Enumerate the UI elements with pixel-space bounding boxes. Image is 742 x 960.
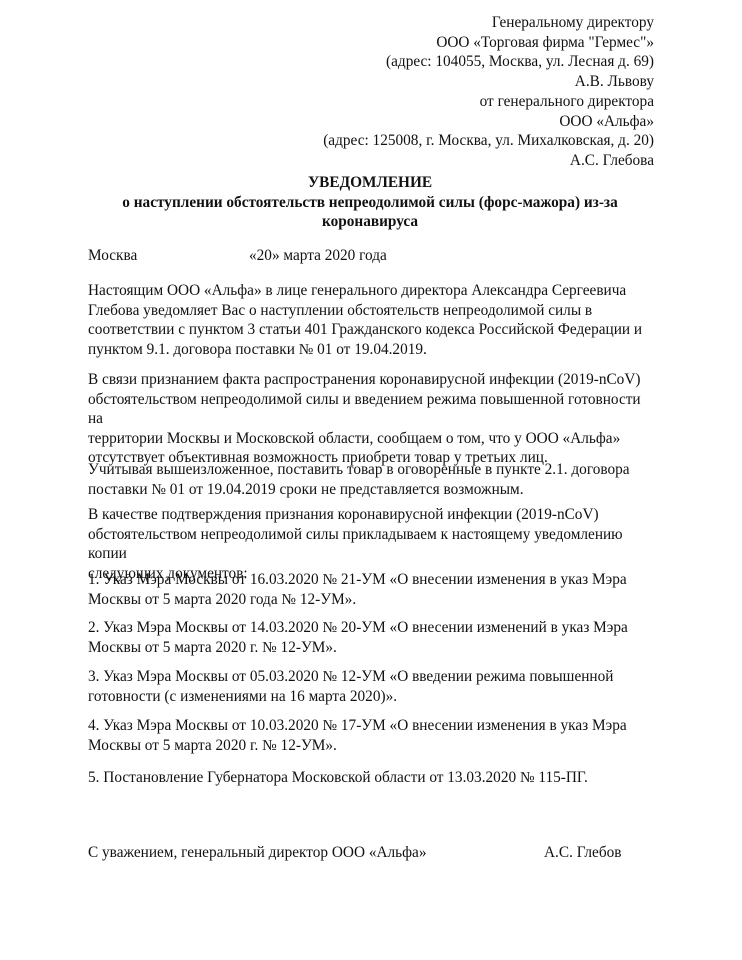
- sender-line: ООО «Альфа»: [323, 112, 654, 132]
- addressee-line: (адрес: 104055, Москва, ул. Лесная д. 69…: [323, 52, 654, 72]
- signature-closing: С уважением, генеральный директор ООО «А…: [88, 844, 427, 861]
- place-and-date: Москва «20» марта 2020 года: [88, 246, 137, 266]
- document-title: УВЕДОМЛЕНИЕ: [100, 173, 640, 193]
- document-subtitle-line-2: коронавируса: [100, 212, 640, 232]
- signer-name: А.С. Глебов: [544, 843, 622, 863]
- attached-document-item: 1. Указ Мэра Москвы от 16.03.2020 № 21-У…: [88, 570, 648, 609]
- paragraph-circumstances: В связи признанием факта распространения…: [88, 370, 648, 468]
- document-page: Генеральному директору ООО «Торговая фир…: [0, 0, 742, 960]
- attached-document-item: 5. Постановление Губернатора Московской …: [88, 768, 648, 788]
- place: Москва: [88, 247, 137, 264]
- document-subtitle-line-1: о наступлении обстоятельств непреодолимо…: [100, 193, 640, 213]
- attached-document-item: 3. Указ Мэра Москвы от 05.03.2020 № 12-У…: [88, 667, 648, 706]
- attached-document-item: 4. Указ Мэра Москвы от 10.03.2020 № 17-У…: [88, 716, 648, 755]
- addressee-line: ООО «Торговая фирма "Гермес"»: [323, 33, 654, 53]
- paragraph-notice: Настоящим ООО «Альфа» в лице генеральног…: [88, 281, 648, 359]
- addressee-line: А.В. Львову: [323, 72, 654, 92]
- date: «20» марта 2020 года: [249, 246, 387, 266]
- addressee-line: Генеральному директору: [323, 13, 654, 33]
- sender-line: (адрес: 125008, г. Москва, ул. Михалковс…: [323, 131, 654, 151]
- attached-document-item: 2. Указ Мэра Москвы от 14.03.2020 № 20-У…: [88, 618, 648, 657]
- document-title-block: УВЕДОМЛЕНИЕ о наступлении обстоятельств …: [100, 173, 640, 232]
- addressee-block: Генеральному директору ООО «Торговая фир…: [323, 13, 654, 171]
- sender-line: А.С. Глебова: [323, 151, 654, 171]
- sender-line: от генерального директора: [323, 92, 654, 112]
- signature-block: С уважением, генеральный директор ООО «А…: [88, 843, 648, 863]
- paragraph-consequence: Учитывая вышеизложенное, поставить товар…: [88, 460, 648, 499]
